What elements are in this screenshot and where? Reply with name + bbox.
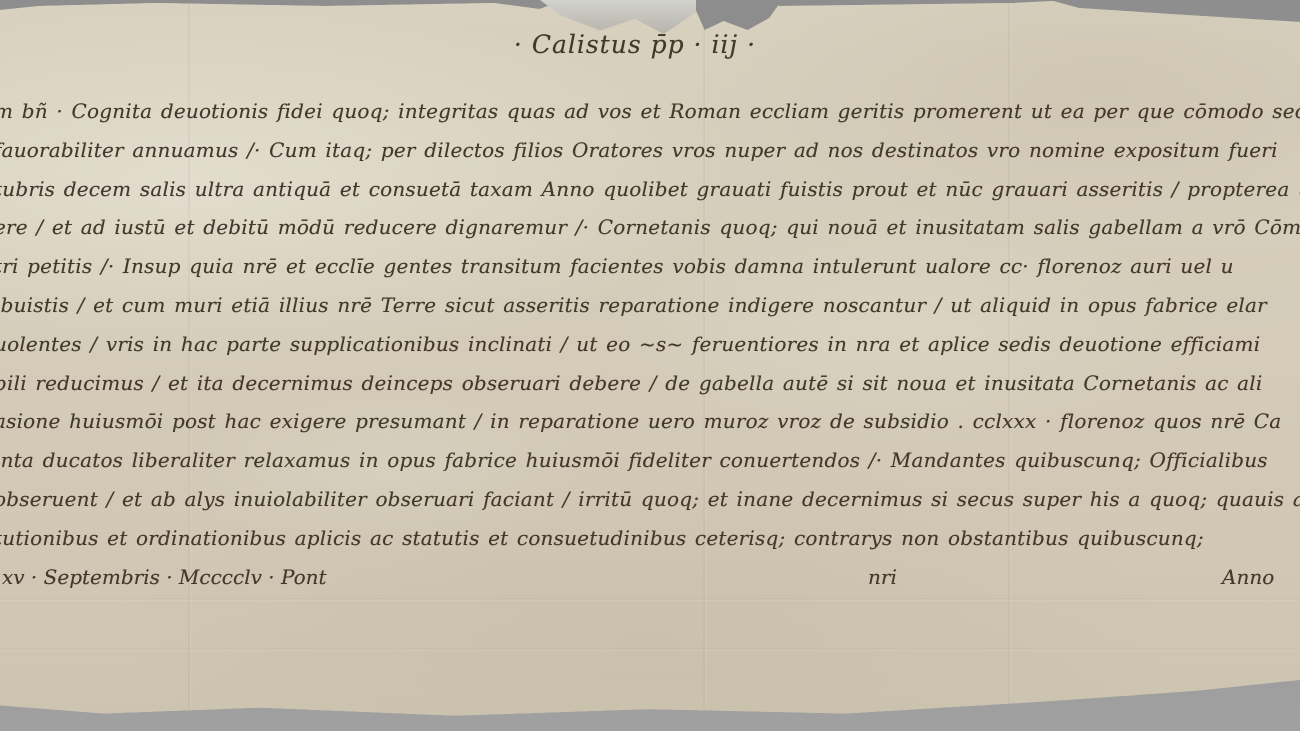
manuscript-line: tri petitis /· Insup quia nrē et ecclī… [0,247,1300,286]
manuscript-line: tutionibus et ordinationibus aplicis ac … [0,519,1300,558]
horizontal-crease [0,648,1300,651]
manuscript-line: uolentes / vris in hac parte supplicatio… [0,325,1300,364]
horizontal-crease [0,598,1300,601]
manuscript-line: m bñ · Cognita deuotionis fidei quoq; i… [0,92,1300,131]
dateline-nri: nri [868,558,897,597]
manuscript-line: asione huiusmōi post hac exigere presum… [0,402,1300,441]
dateline-date: xv · Septembris · Mcccclv · Pont [2,558,327,597]
manuscript-line: bili reducimus / et ita decernimus deinc… [0,364,1300,403]
manuscript-line: tubris decem salis ultra antiquā et con… [0,170,1300,209]
parchment: · Calistus p̄p · iij · m bñ · Cognita d… [0,0,1300,731]
manuscript-line: fauorabiliter annuamus /· Cum itaq; per … [0,131,1300,170]
manuscript-dateline: xv · Septembris · Mcccclv · Pont nri Ann… [0,558,1300,597]
dateline-anno: Anno [1222,558,1274,597]
manuscript-line: obseruent / et ab alys inuiolabiliter ob… [0,480,1300,519]
manuscript-line: inta ducatos liberaliter relaxamus in op… [0,441,1300,480]
photo-background: · Calistus p̄p · iij · m bñ · Cognita d… [0,0,1300,731]
manuscript-text-block: m bñ · Cognita deuotionis fidei quoq; i… [0,92,1300,596]
manuscript-line: ere / et ad iustū et debitū mōdū red… [0,208,1300,247]
manuscript-header: · Calistus p̄p · iij · [0,30,1285,59]
manuscript-line: ibuistis / et cum muri etiā illius nrē… [0,286,1300,325]
